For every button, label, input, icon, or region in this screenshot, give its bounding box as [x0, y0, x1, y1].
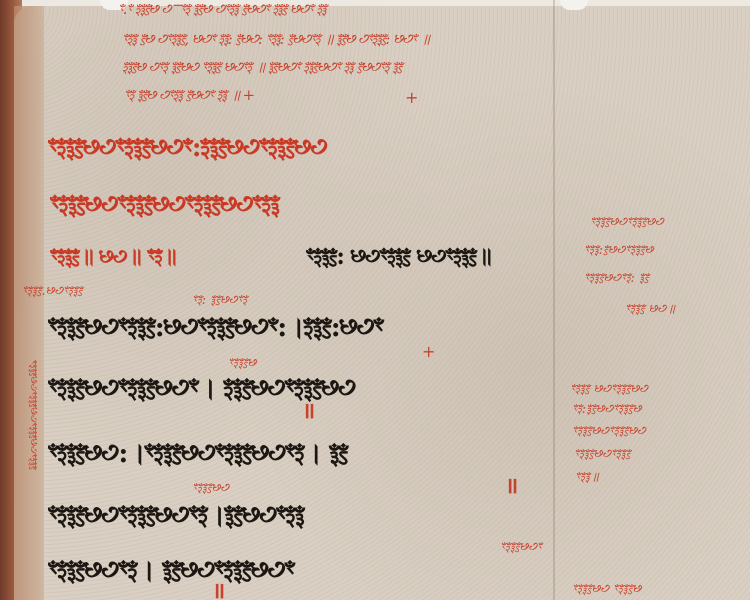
right-margin-note: ꣳꣵꣶꣷ꣸꣹ꣳꣵꣶꣷ꣸꣹: [590, 215, 745, 230]
interlinear-gloss: ꣳꣵ: ꣶꣷ꣸꣹ꣳꣵ: [192, 293, 342, 308]
right-margin-note: ꣳꣵꣶꣷ ꣸꣹॥: [625, 302, 735, 317]
right-margin-note: ꣳꣵꣶꣷ ꣸꣹ꣳꣵꣶꣷ꣸꣹: [570, 382, 745, 397]
right-margin-note: ꣳꣵꣶ:ꣷ꣸꣹ꣳꣵꣶꣷ꣸: [584, 243, 744, 258]
interlinear-gloss: ꣳꣵꣶꣷ꣸꣹: [192, 481, 282, 496]
right-margin-note: ꣳꣵꣶꣷ꣸꣹ꣳꣵꣶꣷ: [574, 447, 749, 462]
right-margin-note: ꣳꣵꣶꣷ꣸꣹ ꣳꣵꣶꣷ꣸: [572, 582, 747, 597]
commentary-line: ꣳꣵ ꣶꣷ꣸ ꣹ꣳꣵꣶ ꣷ꣸꣹ꣳ ꣵꣶ ॥ +: [124, 86, 424, 104]
heading-line: ꣳꣵꣶꣷ꣸꣹ꣳꣵꣶꣷ꣸꣹ꣳ:ꣵꣶꣷ꣸꣹ꣳꣵꣶꣷ꣸꣹: [48, 133, 558, 164]
right-margin-note: ꣳꣵꣶꣷ꣸꣹ꣳꣵꣶꣷ꣸꣹: [572, 424, 747, 439]
cross-mark: +: [405, 88, 418, 107]
commentary-line: ꣳ.ꣳ ꣵꣶꣷ꣸ ꣹ꣻꣳꣵ ꣶꣷ꣸ ꣹ꣳꣵꣶ ꣷ꣸꣹ꣳ ꣵꣶꣷ ꣸꣹ꣳ ꣵꣶ: [118, 0, 738, 18]
commentary-line: ꣳꣵꣶ ꣷ꣸ ꣹ꣳꣵꣶꣷ, ꣸꣹ꣳ ꣵꣶ: ꣷ꣸꣹: ꣳꣵꣶ: ꣷ꣸꣹ꣳꣵ ॥ …: [122, 30, 742, 48]
main-text-line: ꣳꣵꣶꣷ꣸꣹ꣳꣵꣶꣷ:꣸꣹ꣳꣵꣶꣷ꣸꣹ꣳ:।ꣵꣶꣷ:꣸꣹ꣳ: [48, 312, 558, 344]
heading-line: ꣳꣵꣶꣷ॥ ꣸꣹॥ ꣳꣵ॥: [50, 244, 320, 270]
main-text-line: ꣳꣵꣶꣷ꣸꣹:।ꣳꣵꣶꣷ꣸꣹ꣳꣵꣶꣷ꣸꣹ꣳꣵ। ꣶꣷ: [48, 438, 558, 470]
danda-mark: ॥: [505, 470, 518, 500]
interlinear-gloss: ꣳꣵꣶꣷ꣸: [228, 356, 308, 371]
interlinear-gloss: ꣳꣵꣶꣷ꣸꣹ꣳ: [500, 540, 610, 555]
right-margin-note: ꣳꣵ:ꣶꣷ꣸꣹ꣳꣵꣶꣷ꣸: [572, 402, 747, 417]
right-margin-note: ꣳꣵꣶ॥: [575, 470, 655, 485]
right-margin-note: ꣳꣵꣶꣷ꣸꣹ꣳꣵ: ꣶꣷ: [584, 271, 744, 286]
left-margin-vertical-note: ꣳꣵꣶꣷ꣸꣹ꣳꣵꣶꣷ꣸꣹ꣳꣵꣶꣷ꣸꣹ꣳꣵꣶꣷ: [20, 360, 40, 600]
main-text-line: ꣳꣵꣶꣷ꣸꣹ꣳꣵ। ꣶꣷ꣸꣹ꣳꣵꣶꣷ꣸꣹ꣳ: [48, 555, 558, 587]
main-text-line: ꣳꣵꣶꣷ꣸꣹ꣳꣵꣶꣷ꣸꣹ꣳꣵ।ꣶꣷ꣸꣹ꣳꣵꣶ: [48, 500, 558, 532]
heading-line: ꣳꣵꣶꣷ꣸꣹ꣳꣵꣶꣷ꣸꣹ꣳꣵꣶꣷ꣸꣹ꣳꣵꣶ: [50, 190, 560, 221]
danda-mark: ॥: [212, 575, 225, 600]
commentary-line: ꣵꣶꣷ꣸ ꣹ꣳꣵ ꣶꣷ꣸꣹ ꣳꣵꣶꣷ ꣸꣹ꣳꣵ ॥ ꣶꣷ꣸꣹ꣳ ꣵꣶꣷ꣸꣹ꣳ ꣵ…: [122, 58, 742, 76]
cross-mark: +: [422, 342, 435, 361]
left-margin-note: ꣳꣵꣶꣷ.꣸꣹ꣳꣵꣶꣷ: [22, 284, 152, 299]
danda-mark: ॥: [302, 395, 315, 425]
main-text-line: ꣳꣵꣶꣷ: ꣸꣹ꣳꣵꣶꣷ ꣸꣹ꣳꣵꣶꣷ॥: [306, 243, 576, 270]
